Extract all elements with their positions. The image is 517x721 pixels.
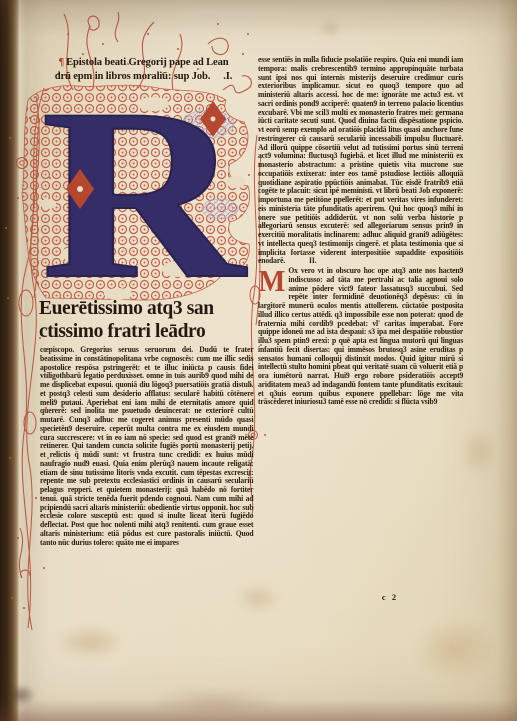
- heading-line-1: ¶Epistola beati Gregorij pape ad Lean: [34, 56, 253, 70]
- section-number-II: II.: [309, 256, 316, 265]
- quire-signature: c 2: [360, 592, 420, 602]
- foxing-stain: [235, 583, 281, 613]
- book-page: R: [0, 0, 517, 721]
- right-text-column: esse sentiēs in nulla fiducie psolatiōe …: [258, 56, 463, 407]
- foxing-stain: [460, 428, 498, 476]
- section-numeral-I: .I.: [223, 71, 232, 82]
- right-column-paragraph-1: esse sentiēs in nulla fiducie psolatiōe …: [258, 55, 463, 265]
- left-column-body: cœpiscopo. Gregorius seruus seruorum dei…: [40, 345, 253, 547]
- heading-text-2: drū epm in libros moraliū: sup Job.: [55, 71, 211, 82]
- pilcrow-mark: ¶: [58, 57, 64, 68]
- paragraph-2-text: Ox vero vt in obscuro hoc ope atq3 ante …: [258, 266, 463, 406]
- foxing-stain: [415, 618, 497, 680]
- initial-M: M: [258, 268, 286, 294]
- foxing-stain: [320, 22, 340, 35]
- right-column-paragraph-2: MOx vero vt in obscuro hoc ope atq3 ante…: [258, 267, 463, 407]
- foxing-stain: [55, 625, 125, 659]
- salutation-line-2: ctissimo fratri leādro: [39, 321, 257, 344]
- salutation-line-1: Euerētissimo atq3 san: [39, 298, 257, 321]
- salutation-large-type: Euerētissimo atq3 san ctissimo fratri le…: [39, 298, 257, 343]
- foxing-stain: [150, 688, 280, 716]
- left-text-column: cœpiscopo. Gregorius seruus seruorum dei…: [40, 346, 253, 547]
- heading-line-2: drū epm in libros moraliū: sup Job..I.: [34, 70, 253, 84]
- chapter-heading: ¶Epistola beati Gregorij pape ad Lean dr…: [34, 56, 253, 83]
- heading-text-1: Epistola beati Gregorij pape ad Lean: [66, 57, 228, 68]
